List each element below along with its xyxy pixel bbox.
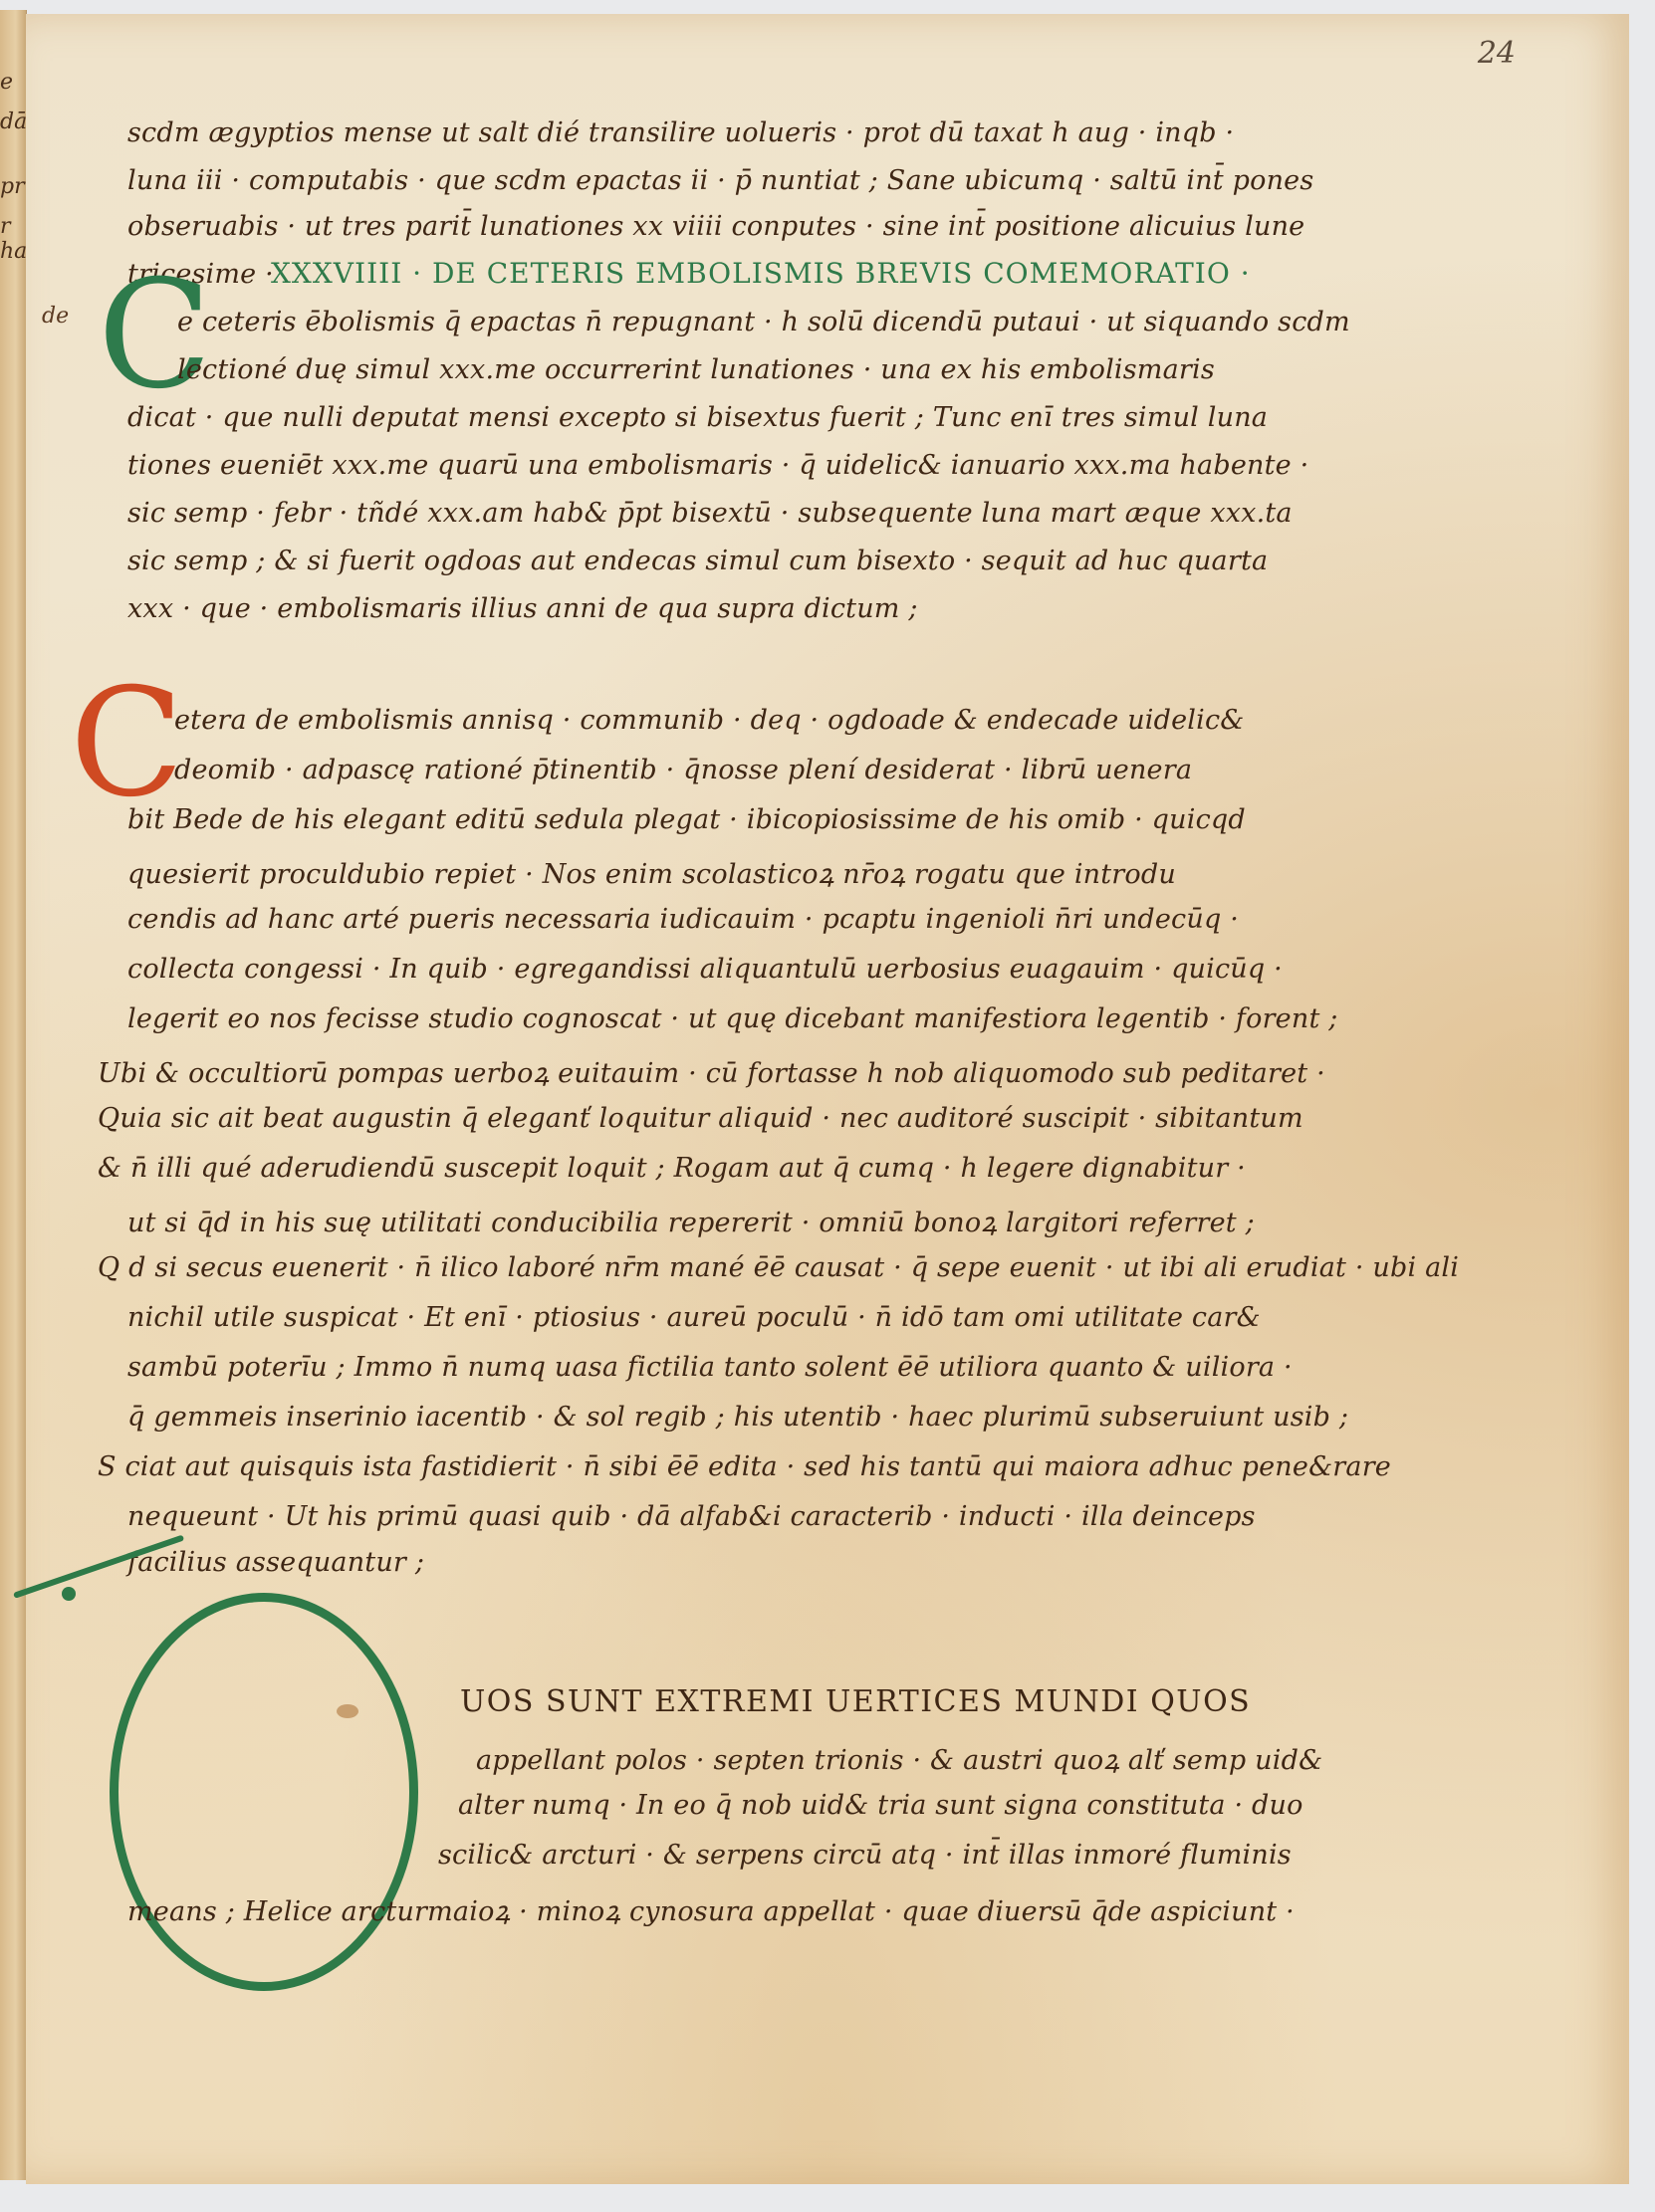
text-line: obseruabis · ut tres parit̄ lunationes x… — [127, 211, 1304, 242]
red-initial: C — [70, 669, 184, 818]
text-line: quesierit proculdubio repiet · Nos enim … — [127, 854, 1176, 891]
leaf-fragment: dā — [0, 110, 27, 134]
text-line: alter numq · In eo q̄ nob uid& tria sunt… — [458, 1790, 1303, 1821]
text-line: Quia sic ait beat augustin q̄ eleganť lo… — [98, 1103, 1303, 1134]
leaf-fragment: r — [0, 214, 11, 239]
leaf-fragment: e — [0, 70, 13, 95]
text-line: bit Bede de his elegant editū sedula ple… — [127, 804, 1246, 835]
rubric-heading: XXXVIIII · DE CETERIS EMBOLISMIS BREVIS … — [271, 257, 1251, 290]
text-line: xxx · que · embolismaris illius anni de … — [127, 593, 918, 624]
text-line: tiones eueniēt xxx.me quarū una embolism… — [127, 450, 1308, 481]
adjacent-page-edge: e dā prt r hat. — [0, 10, 27, 2180]
text-line: sambū poterīu ; Immo n̄ numq uasa fictil… — [127, 1352, 1293, 1383]
ink-stain — [337, 1704, 358, 1718]
section-opening-caps: UOS SUNT EXTREMI UERTICES MUNDI QUOS — [460, 1684, 1251, 1719]
text-line: deomib · adpascę rationé p̄tinentib · q̄… — [174, 755, 1192, 785]
q-initial-knot — [62, 1587, 76, 1601]
text-line: nequeunt · Ut his primū quasi quib · dā … — [127, 1501, 1256, 1532]
text-line: ut si q̄d in his suę utilitati conducibi… — [127, 1203, 1255, 1239]
text-line: q̄ gemmeis inserinio iacentib · & sol re… — [127, 1402, 1348, 1433]
text-line: Q d si secus euenerit · n̄ ilico laboré … — [98, 1252, 1459, 1283]
text-line: dicat · que nulli deputat mensi excepto … — [127, 402, 1268, 433]
folio-number: 24 — [1478, 36, 1516, 71]
text-line: Ubi & occultiorū pompas uerboꝝ euitauim … — [98, 1053, 1325, 1090]
text-line: S ciat aut quisquis ista fastidierit · n… — [98, 1451, 1391, 1482]
text-line: sic semp · febr · tñdé xxx.am hab& p̄pt … — [127, 498, 1293, 529]
text-line: etera de embolismis annisq · communib · … — [174, 705, 1245, 736]
text-line: & n̄ illi qué aderudiendū suscepit loqui… — [98, 1153, 1246, 1184]
text-line: means ; Helice arcturmaioꝝ · minoꝝ cynos… — [127, 1891, 1295, 1928]
margin-note: de — [42, 304, 69, 329]
large-green-q-initial — [110, 1593, 418, 1991]
text-line: scilic& arcturi · & serpens circū atq · … — [438, 1840, 1292, 1871]
text-line: sic semp ; & si fuerit ogdoas aut endeca… — [127, 546, 1268, 576]
text-line: facilius assequantur ; — [127, 1547, 424, 1578]
text-line: lectioné duę simul xxx.me occurrerint lu… — [177, 354, 1215, 385]
text-line: luna iii · computabis · que scdm epactas… — [127, 165, 1313, 196]
text-line: legerit eo nos fecisse studio cognoscat … — [127, 1003, 1338, 1034]
text-line: collecta congessi · In quib · egregandis… — [127, 954, 1283, 985]
text-line: cendis ad hanc arté pueris necessaria iu… — [127, 904, 1239, 935]
text-line: e ceteris ēbolismis q̄ epactas n̄ repugn… — [177, 307, 1350, 337]
text-line: scdm ægyptios mense ut salt dié transili… — [127, 117, 1234, 148]
text-line: nichil utile suspicat · Et enī · ptiosiu… — [127, 1302, 1261, 1333]
text-line: appellant polos · septen trionis · & aus… — [476, 1740, 1322, 1777]
